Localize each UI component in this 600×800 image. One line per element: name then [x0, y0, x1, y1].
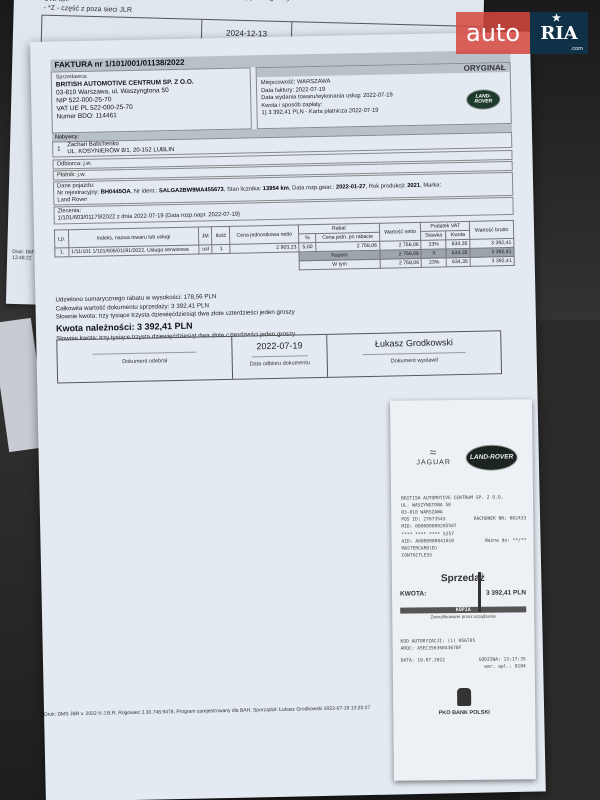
items-table: Lp. Indeks, nazwa towaru lub usługi JM I… — [54, 220, 515, 276]
buyer-index: 1 — [57, 146, 60, 153]
receipt-date: 2022-07-19 Data odbioru dokumentu — [232, 335, 328, 379]
back-notes: UWAGI: - *Z - część z poza sieci JLR — [44, 0, 133, 15]
watermark-ria: ★ RIA .com — [530, 12, 588, 54]
back-words-fragment: ...siedem złotych dziewięćdziesiąt jeden… — [144, 0, 290, 2]
issued-by: Łukasz Grodkowski Dokument wystawił — [327, 331, 501, 377]
vehicle-year: 2021 — [407, 183, 420, 189]
bank-logo: PKO BANK POLSKI — [393, 687, 535, 716]
back-print-note: Druk: DMS 13:48:22 — [12, 249, 37, 262]
jaguar-leaper-icon: ≈ — [408, 445, 458, 460]
merchant-info: BRITISH AUTOMOTIVE CENTRUM SP. Z O.O. UL… — [401, 494, 527, 559]
copy-type: ORYGINAŁ — [464, 63, 506, 74]
pko-emblem-icon — [457, 688, 471, 706]
land-rover-logo: LAND-ROVER — [466, 89, 500, 110]
jaguar-logo: ≈ JAGUAR — [408, 445, 458, 467]
signature-box: Dokument odebrał 2022-07-19 Data odbioru… — [56, 330, 502, 383]
land-rover-logo: LAND-ROVER — [465, 444, 517, 471]
vehicle-reg: BH0445OA — [101, 189, 131, 196]
pen — [478, 572, 481, 612]
verified-note: Zweryfikowane przez urządzenie — [392, 613, 534, 619]
back-notes-text: - *Z - część z poza sieci JLR — [44, 4, 133, 15]
watermark-auto: auto — [456, 12, 530, 54]
vehicle-vin: SALGA2BW9MA455673 — [159, 187, 224, 194]
vehicle-warranty: 2022-01-27 — [336, 184, 366, 191]
seller-block: Sprzedawca: BRITISH AUTOMOTIVE CENTRUM S… — [51, 67, 252, 133]
card-receipt: ≈ JAGUAR LAND-ROVER BRITISH AUTOMOTIVE C… — [390, 399, 536, 780]
star-icon: ★ — [552, 13, 561, 24]
received-by: Dokument odebrał — [57, 337, 233, 383]
invoice-meta: ORYGINAŁ Miejscowość: WARSZAWA Data fakt… — [256, 62, 512, 129]
vehicle-odometer: 13954 km — [263, 186, 289, 193]
receipt-amount: KWOTA: 3 392,41 PLN — [400, 589, 526, 597]
transaction-info: KOD AUTORYZACJI: (1) 056705 ARQC: A5EC35… — [401, 637, 526, 672]
autoria-watermark: auto ★ RIA .com — [456, 12, 588, 54]
payment-method: 1) 3 392,41 PLN - Karta płatnicza 2022-0… — [261, 108, 393, 118]
sale-title: Sprzedaż — [392, 572, 534, 584]
receipt-logos: ≈ JAGUAR LAND-ROVER — [400, 439, 525, 480]
photo-scene: ...siedem złotych dziewięćdziesiąt jeden… — [0, 0, 600, 800]
